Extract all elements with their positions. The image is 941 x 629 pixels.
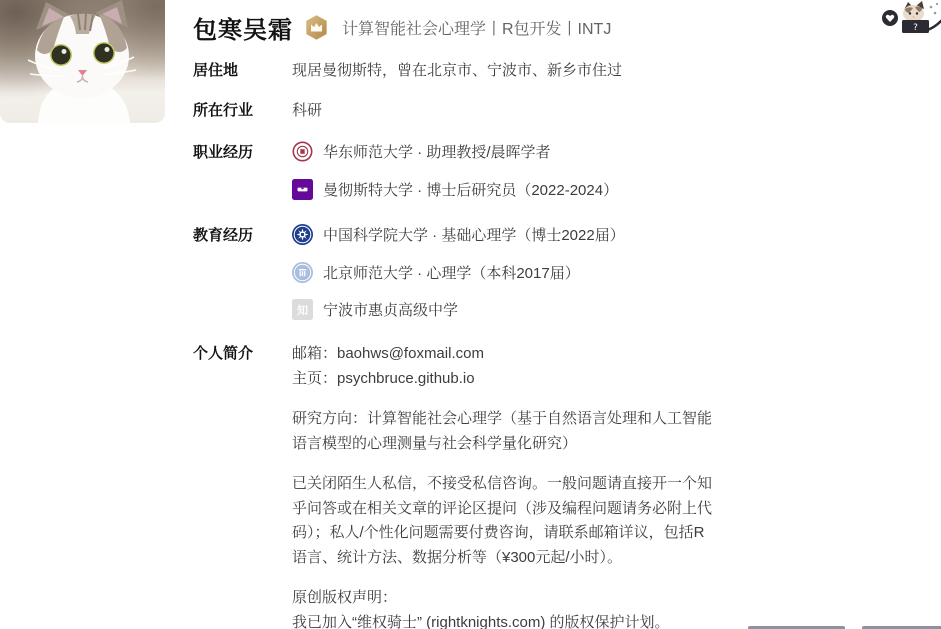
- cat-in-box-sticker: ?: [902, 1, 941, 33]
- education-list: 中国科学院大学 · 基础心理学（博士2022届） 北京师范大学 · 心理学（本科…: [292, 224, 625, 337]
- heart-bubble-icon: [882, 10, 898, 26]
- education-item[interactable]: 北京师范大学 · 心理学（本科2017届）: [292, 262, 625, 283]
- ucas-university-logo-icon: [292, 224, 313, 245]
- career-item[interactable]: 华东师范大学 · 助理教授/晨晖学者: [292, 141, 618, 162]
- ecnu-university-logo-icon: [292, 141, 313, 162]
- profile-tagline: 计算智能社会心理学丨R包开发丨INTJ: [342, 16, 611, 39]
- residence-label: 居住地: [193, 59, 292, 80]
- education-item-text: 北京师范大学 · 心理学（本科2017届）: [323, 262, 580, 283]
- education-item[interactable]: 中国科学院大学 · 基础心理学（博士2022届）: [292, 224, 625, 245]
- education-item-text: 中国科学院大学 · 基础心理学（博士2022届）: [323, 224, 625, 245]
- bio-text: 邮箱：baohws@foxmail.com 主页：psychbruce.gith…: [292, 342, 713, 629]
- svg-text:知: 知: [297, 303, 308, 317]
- bio-paragraph-copyright: 原创版权声明： 我已加入“维权骑士” (rightknights.com) 的版…: [292, 586, 713, 629]
- education-item[interactable]: 知 宁波市惠贞高级中学: [292, 299, 625, 320]
- field-bio: 个人简介 邮箱：baohws@foxmail.com 主页：psychbruce…: [193, 342, 713, 629]
- sticker-question-label: ?: [913, 23, 918, 33]
- education-item-text: 宁波市惠贞高级中学: [323, 299, 458, 320]
- residence-value: 现居曼彻斯特，曾在北京市、宁波市、新乡市住过: [292, 59, 622, 80]
- career-item-text: 曼彻斯特大学 · 博士后研究员（2022-2024）: [323, 179, 618, 200]
- career-item-text: 华东师范大学 · 助理教授/晨晖学者: [323, 141, 551, 162]
- profile-name: 包寒吴霜: [193, 10, 293, 45]
- bnu-university-logo-icon: [292, 262, 313, 283]
- zhihu-default-school-logo-icon: 知: [292, 299, 313, 320]
- industry-label: 所在行业: [193, 99, 292, 120]
- corner-widget[interactable]: ?: [879, 0, 941, 48]
- career-label: 职业经历: [193, 141, 292, 162]
- education-label: 教育经历: [193, 224, 292, 245]
- bio-paragraph-research: 研究方向：计算智能社会心理学（基于自然语言处理和人工智能语言模型的心理测量与社会…: [292, 407, 713, 456]
- profile-page: 包寒吴霜 计算智能社会心理学丨R包开发丨INTJ 居住地 现居曼彻斯特，曾在北京…: [0, 0, 941, 629]
- bio-paragraph-consulting: 已关闭陌生人私信，不接受私信咨询。一般问题请直接开一个知乎问答或在相关文章的评论…: [292, 472, 713, 570]
- profile-header: 包寒吴霜 计算智能社会心理学丨R包开发丨INTJ: [193, 10, 611, 45]
- field-career: 职业经历 华东师范大学 · 助理教授/晨晖学者 曼彻斯特大学 · 博士后研究员（…: [193, 141, 618, 217]
- gold-crown-badge-icon[interactable]: [303, 14, 330, 41]
- avatar[interactable]: [0, 0, 165, 123]
- industry-value: 科研: [292, 99, 322, 120]
- field-industry: 所在行业 科研: [193, 99, 322, 120]
- career-item[interactable]: 曼彻斯特大学 · 博士后研究员（2022-2024）: [292, 179, 618, 200]
- field-residence: 居住地 现居曼彻斯特，曾在北京市、宁波市、新乡市住过: [193, 59, 622, 80]
- career-list: 华东师范大学 · 助理教授/晨晖学者 曼彻斯特大学 · 博士后研究员（2022-…: [292, 141, 618, 217]
- bio-label: 个人简介: [193, 342, 292, 363]
- field-education: 教育经历: [193, 224, 625, 337]
- cat-photo-illustration: [0, 0, 165, 123]
- bio-paragraph-contact: 邮箱：baohws@foxmail.com 主页：psychbruce.gith…: [292, 342, 713, 391]
- manchester-university-logo-icon: [292, 179, 313, 200]
